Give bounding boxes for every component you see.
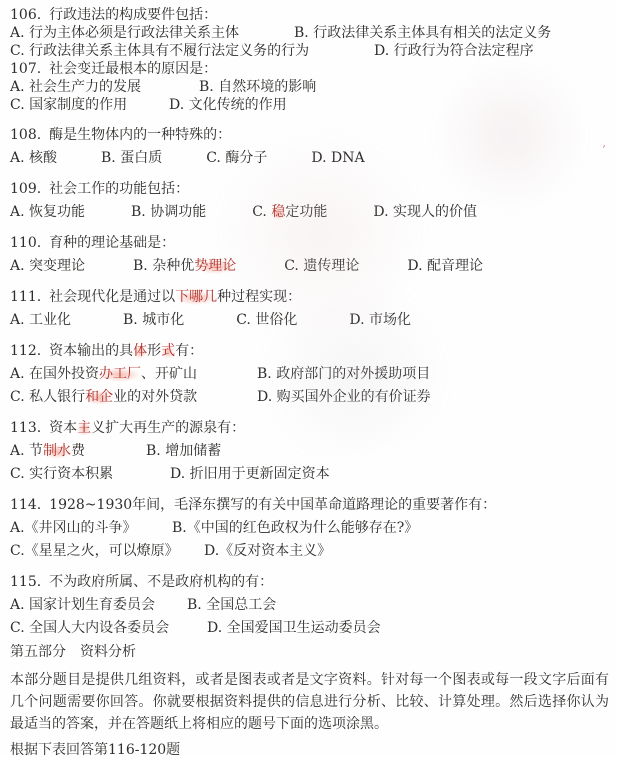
question-text: 育种的理论基础是： (49, 235, 175, 251)
question-stem: 115.不为政府所属、不是政府机构的有： (10, 573, 609, 592)
option-a: A. 恢复功能 (10, 203, 97, 222)
question-stem: 110.育种的理论基础是： (10, 234, 609, 253)
question-number: 111. (10, 289, 41, 305)
question-stem: 113.资本主义扩大再生产的源泉有： (10, 419, 609, 438)
question-106: 106.行政违法的构成要件包括：A. 行为主体必须是行政法律关系主体B. 行政法… (10, 6, 609, 60)
question-109: 109.社会工作的功能包括：A. 恢复功能B. 协调功能C. 稳定功能D. 实现… (10, 180, 609, 222)
option-d: D. 文化传统的作用 (169, 96, 299, 114)
option-line: A.《井冈山的斗争》B.《中国的红色政权为什么能够存在?》 (10, 519, 609, 538)
red-watermark-overlay: 制水 (43, 443, 71, 459)
section-instructions: 本部分题目是提供几组资料，或者是图表或者是文字资料。针对每一个图表或每一段文字后… (10, 669, 609, 735)
option-d: D. 行政行为符合法定程序 (374, 42, 546, 60)
question-number: 106. (10, 7, 41, 23)
option-b: B. 杂种优势理论 (133, 257, 248, 276)
red-watermark-overlay: 办工厂 (99, 366, 141, 382)
question-108: 108.酶是生物体内的一种特殊的：A. 核酸B. 蛋白质C. 酶分子D. DNA (10, 126, 609, 168)
question-stem: 111.社会现代化是通过以下哪几种过程实现： (10, 288, 609, 307)
question-text: 不为政府所属、不是政府机构的有： (49, 574, 273, 590)
question-number: 115. (10, 574, 41, 590)
question-list: 106.行政违法的构成要件包括：A. 行为主体必须是行政法律关系主体B. 行政法… (10, 6, 609, 638)
option-a: A. 在国外投资办工厂、开矿山 (10, 365, 257, 384)
question-number: 108. (10, 127, 41, 143)
option-b: B. 蛋白质 (101, 149, 174, 168)
option-b: B. 政府部门的对外援助项目 (257, 365, 442, 384)
question-text: 资本输出的具体形式有： (49, 343, 203, 359)
option-line: C. 私人银行和企业的对外贷款D. 购买国外企业的有价证券 (10, 388, 609, 407)
option-d: D.《反对资本主义》 (204, 542, 343, 561)
question-111: 111.社会现代化是通过以下哪几种过程实现：A. 工业化B. 城市化C. 世俗化… (10, 288, 609, 330)
option-d: D. 购买国外企业的有价证券 (257, 388, 443, 407)
question-113: 113.资本主义扩大再生产的源泉有：A. 节制水费B. 增加储蓄C. 实行资本积… (10, 419, 609, 484)
option-b: B. 增加储蓄 (146, 442, 233, 461)
option-b: B. 自然环境的影响 (199, 78, 328, 96)
option-c: C. 行政法律关系主体具有不履行法定义务的行为 (10, 42, 374, 60)
option-d: D. DNA (311, 149, 376, 168)
stray-ink-mark: ’ (602, 144, 606, 156)
question-110: 110.育种的理论基础是：A. 突变理论B. 杂种优势理论C. 遗传理论D. 配… (10, 234, 609, 276)
option-line: A. 节制水费B. 增加储蓄 (10, 442, 609, 461)
option-a: A. 行为主体必须是行政法律关系主体 (10, 24, 294, 42)
option-b: B.《中国的红色政权为什么能够存在?》 (172, 519, 430, 538)
red-watermark-overlay: 下哪几 (175, 289, 217, 305)
question-text: 社会变迁最根本的原因是： (49, 61, 217, 77)
option-c: C. 全国人大内设各委员会 (10, 619, 207, 638)
question-112: 112.资本输出的具体形式有：A. 在国外投资办工厂、开矿山B. 政府部门的对外… (10, 342, 609, 407)
question-stem: 112.资本输出的具体形式有： (10, 342, 609, 361)
option-d: D. 实现人的价值 (373, 203, 489, 222)
option-c: C. 遗传理论 (284, 257, 371, 276)
red-watermark-overlay: 和企 (85, 389, 113, 405)
red-watermark-overlay: 稳 (271, 204, 285, 220)
option-b: B. 全国总工会 (187, 596, 288, 615)
option-c: C. 稳定功能 (252, 203, 339, 222)
question-number: 107. (10, 61, 41, 77)
option-d: D. 全国爱国卫生运动委员会 (207, 619, 393, 638)
question-115: 115.不为政府所属、不是政府机构的有：A. 国家计划生育委员会B. 全国总工会… (10, 573, 609, 638)
red-watermark-overlay: 式 (161, 343, 175, 359)
option-line: A. 工业化B. 城市化C. 世俗化D. 市场化 (10, 311, 609, 330)
option-line: C. 国家制度的作用D. 文化传统的作用 (10, 96, 609, 114)
question-number: 113. (10, 420, 41, 436)
option-b: B. 协调功能 (131, 203, 218, 222)
table-reference-note: 根据下表回答第116-120题 (10, 739, 609, 757)
option-line: C. 行政法律关系主体具有不履行法定义务的行为D. 行政行为符合法定程序 (10, 42, 609, 60)
section-title: 第五部分 资料分析 (10, 643, 609, 662)
option-a: A. 工业化 (10, 311, 83, 330)
question-number: 110. (10, 235, 41, 251)
question-stem: 114.1928~1930年间，毛泽东撰写的有关中国革命道路理论的重要著作有： (10, 496, 609, 515)
option-c: C. 酶分子 (206, 149, 279, 168)
question-text: 行政违法的构成要件包括： (49, 7, 217, 23)
option-c: C. 私人银行和企业的对外贷款 (10, 388, 257, 407)
question-text: 1928~1930年间，毛泽东撰写的有关中国革命道路理论的重要著作有： (49, 497, 496, 513)
question-stem: 108.酶是生物体内的一种特殊的： (10, 126, 609, 145)
red-watermark-overlay: 势理论 (194, 258, 236, 274)
option-a: A. 社会生产力的发展 (10, 78, 199, 96)
question-number: 114. (10, 497, 41, 513)
option-a: A. 突变理论 (10, 257, 97, 276)
option-line: C. 全国人大内设各委员会D. 全国爱国卫生运动委员会 (10, 619, 609, 638)
option-a: A. 国家计划生育委员会 (10, 596, 187, 615)
option-a: A.《井冈山的斗争》 (10, 519, 172, 538)
option-d: D. 市场化 (349, 311, 423, 330)
question-number: 109. (10, 181, 41, 197)
option-a: A. 核酸 (10, 149, 69, 168)
option-c: C. 国家制度的作用 (10, 96, 169, 114)
option-line: C.《星星之火，可以燎原》D.《反对资本主义》 (10, 542, 609, 561)
question-stem: 107.社会变迁最根本的原因是： (10, 60, 609, 78)
option-b: B. 城市化 (123, 311, 196, 330)
question-107: 107.社会变迁最根本的原因是：A. 社会生产力的发展B. 自然环境的影响C. … (10, 60, 609, 114)
option-c: C. 实行资本积累 (10, 465, 170, 484)
option-line: A. 社会生产力的发展B. 自然环境的影响 (10, 78, 609, 96)
option-line: A. 恢复功能B. 协调功能C. 稳定功能D. 实现人的价值 (10, 203, 609, 222)
exam-document-page: ’ 106.行政违法的构成要件包括：A. 行为主体必须是行政法律关系主体B. 行… (0, 0, 617, 757)
option-c: C. 世俗化 (236, 311, 309, 330)
option-a: A. 节制水费 (10, 442, 146, 461)
option-line: A. 核酸B. 蛋白质C. 酶分子D. DNA (10, 149, 609, 168)
option-line: A. 行为主体必须是行政法律关系主体B. 行政法律关系主体具有相关的法定义务 (10, 24, 609, 42)
question-text: 资本主义扩大再生产的源泉有： (49, 420, 245, 436)
option-d: D. 配音理论 (407, 257, 495, 276)
option-c: C.《星星之火，可以燎原》 (10, 542, 204, 561)
red-watermark-overlay: 体 (133, 343, 147, 359)
red-watermark-overlay: 主 (77, 420, 91, 436)
question-text: 社会工作的功能包括： (49, 181, 189, 197)
question-114: 114.1928~1930年间，毛泽东撰写的有关中国革命道路理论的重要著作有：A… (10, 496, 609, 561)
option-b: B. 行政法律关系主体具有相关的法定义务 (294, 24, 563, 42)
option-line: A. 在国外投资办工厂、开矿山B. 政府部门的对外援助项目 (10, 365, 609, 384)
option-d: D. 折旧用于更新固定资本 (170, 465, 342, 484)
option-line: A. 突变理论B. 杂种优势理论C. 遗传理论D. 配音理论 (10, 257, 609, 276)
question-stem: 109.社会工作的功能包括： (10, 180, 609, 199)
question-number: 112. (10, 343, 41, 359)
question-stem: 106.行政违法的构成要件包括： (10, 6, 609, 24)
question-text: 酶是生物体内的一种特殊的： (49, 127, 231, 143)
question-text: 社会现代化是通过以下哪几种过程实现： (49, 289, 301, 305)
option-line: A. 国家计划生育委员会B. 全国总工会 (10, 596, 609, 615)
option-line: C. 实行资本积累D. 折旧用于更新固定资本 (10, 465, 609, 484)
